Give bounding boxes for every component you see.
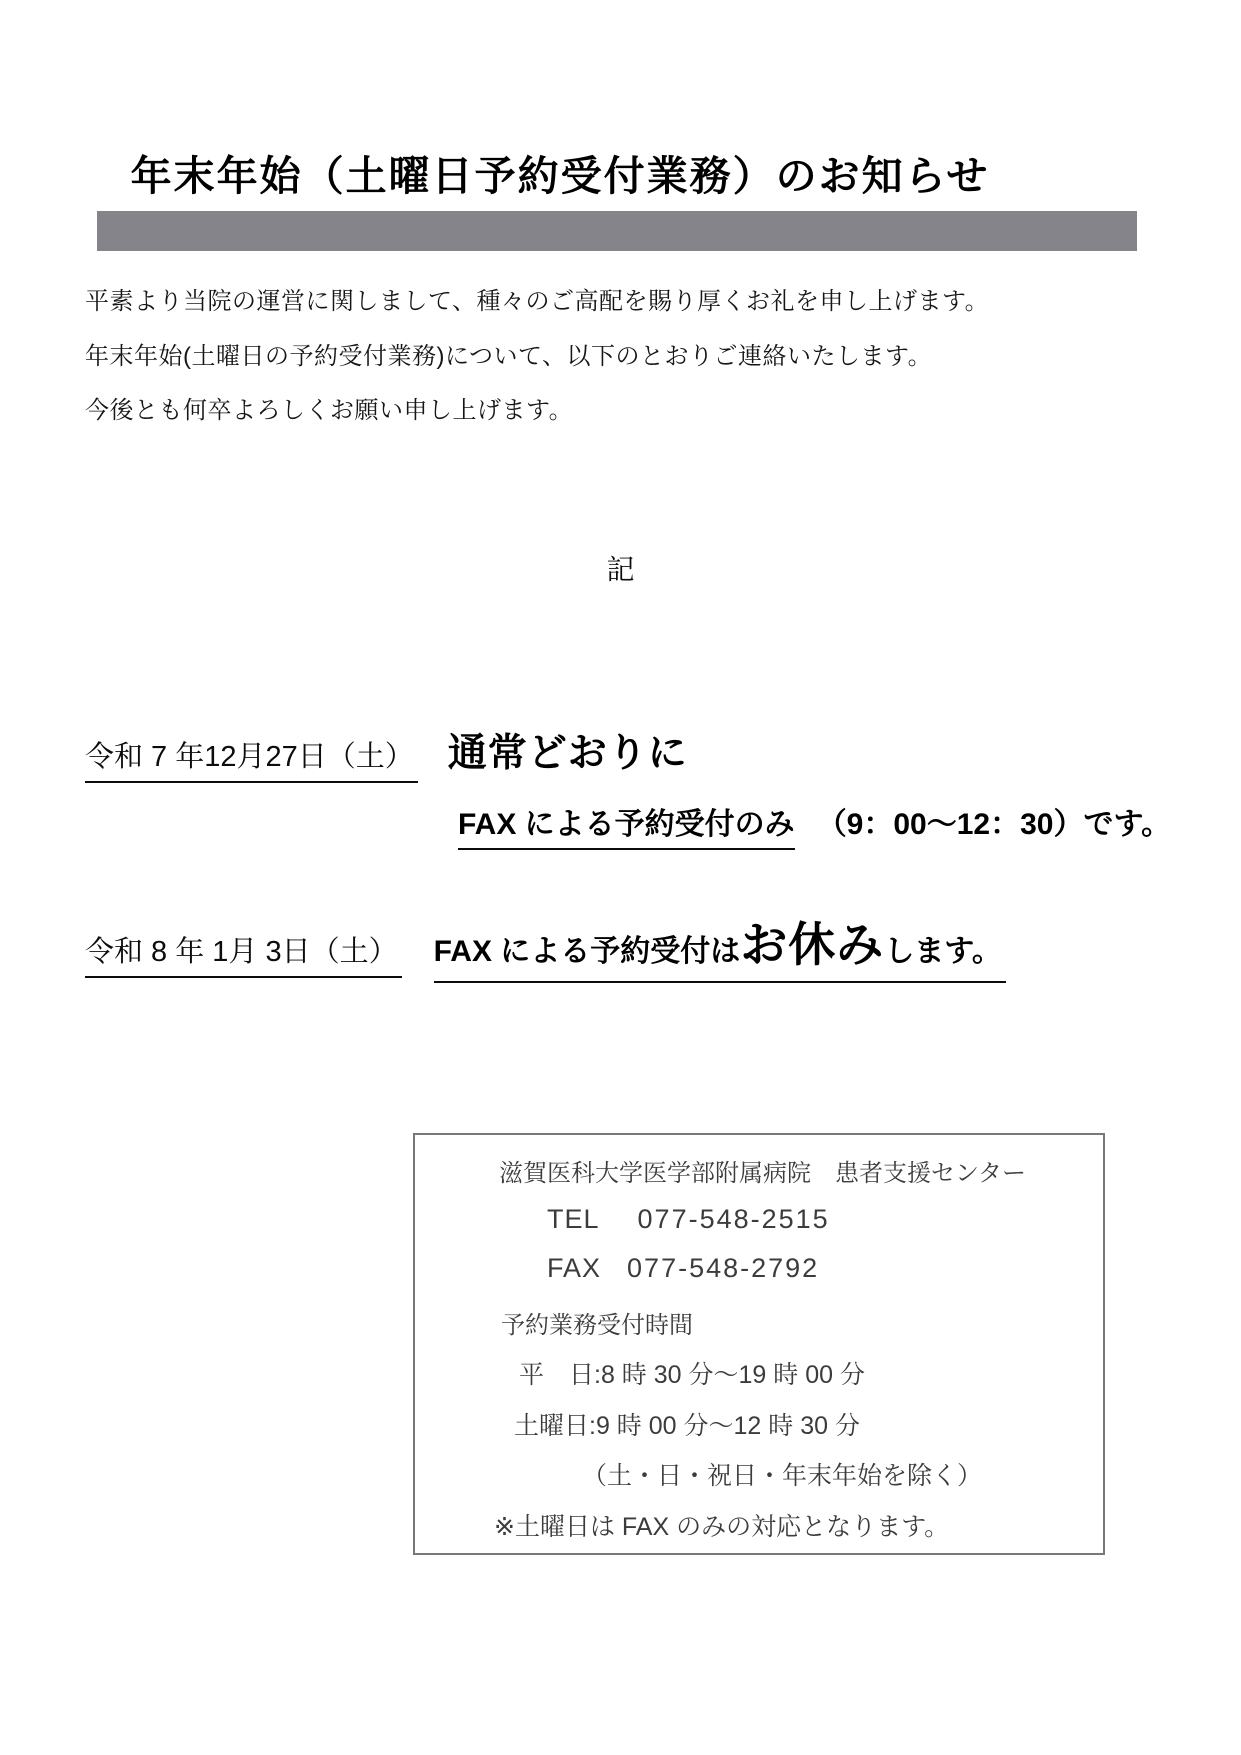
fax-reservation-only-text: FAX による予約受付のみ: [458, 799, 795, 850]
closed-phrase-suffix: します。: [884, 926, 1002, 970]
page-title: 年末年始（土曜日予約受付業務）のお知らせ: [0, 143, 1120, 202]
intro-line-1: 平素より当院の運営に関しまして、種々のご高配を賜り厚くお礼を申し上げます。: [85, 281, 989, 316]
tel-label: TEL: [547, 1204, 600, 1234]
contact-box: 滋賀医科大学医学部附属病院 患者支援センター TEL077-548-2515 F…: [413, 1133, 1105, 1555]
contact-tel-line: TEL077-548-2515: [547, 1204, 830, 1235]
schedule-item-dec27: 令和 7 年12月27日（土） 通常どおりに: [85, 722, 688, 783]
fax-label: FAX: [547, 1253, 601, 1283]
saturday-fax-only-note: ※土曜日は FAX のみの対応となります。: [494, 1507, 949, 1543]
record-marker: 記: [0, 548, 1241, 588]
schedule-item-jan3: 令和 8 年 1月 3日（土） FAX による予約受付は お休み します。: [85, 908, 1006, 983]
schedule-date-jan3: 令和 8 年 1月 3日（土）: [85, 929, 402, 978]
fax-number: 077-548-2792: [627, 1253, 819, 1283]
closed-phrase: FAX による予約受付は お休み します。: [434, 908, 1006, 983]
weekday-hours: 平 日:8 時 30 分～19 時 00 分: [519, 1355, 865, 1391]
saturday-hours: 土曜日:9 時 00 分～12 時 30 分: [514, 1406, 860, 1442]
fax-reservation-hours-text: （9：00～12：30）です。: [817, 799, 1171, 843]
closed-phrase-prefix: FAX による予約受付は: [434, 926, 741, 970]
title-underline-bar: [97, 211, 1137, 251]
tel-number: 077-548-2515: [638, 1204, 830, 1234]
intro-line-3: 今後とも何卒よろしくお願い申し上げます。: [85, 390, 573, 425]
exception-note: （土・日・祝日・年末年始を除く）: [582, 1456, 982, 1492]
schedule-date-dec27: 令和 7 年12月27日（土）: [85, 734, 418, 783]
contact-fax-line: FAX077-548-2792: [547, 1253, 819, 1284]
schedule-status-normal: 通常どおりに: [448, 722, 688, 778]
document-page: 年末年始（土曜日予約受付業務）のお知らせ 平素より当院の運営に関しまして、種々の…: [0, 0, 1241, 1755]
schedule-detail-dec27: FAX による予約受付のみ （9：00～12：30）です。: [458, 799, 1171, 850]
closed-phrase-emphasis: お休み: [740, 908, 884, 975]
intro-line-2: 年末年始(土曜日の予約受付業務)について、以下のとおりご連絡いたします。: [85, 336, 932, 371]
reception-hours-title: 予約業務受付時間: [501, 1305, 693, 1340]
contact-organization: 滋賀医科大学医学部附属病院 患者支援センター: [499, 1153, 1026, 1188]
